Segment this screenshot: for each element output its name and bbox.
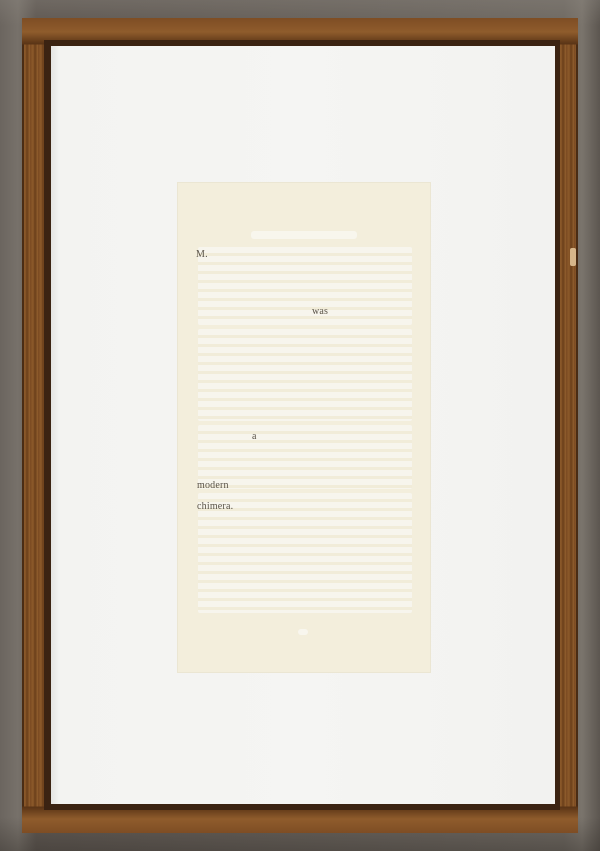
poem-word-a: a <box>252 431 257 442</box>
erased-page-heading <box>251 231 357 239</box>
erased-text-block <box>198 247 412 325</box>
erased-text-block <box>198 329 412 421</box>
poem-word-m: M. <box>196 249 208 260</box>
erased-page-number <box>298 629 308 635</box>
frame-wood-knot <box>570 248 576 266</box>
erased-book-page: M. was a modern chimera. <box>178 183 430 672</box>
erased-text-block <box>198 425 412 489</box>
poem-word-modern: modern <box>197 480 229 491</box>
poem-word-was: was <box>312 306 328 317</box>
poem-word-chimera: chimera. <box>197 501 233 512</box>
